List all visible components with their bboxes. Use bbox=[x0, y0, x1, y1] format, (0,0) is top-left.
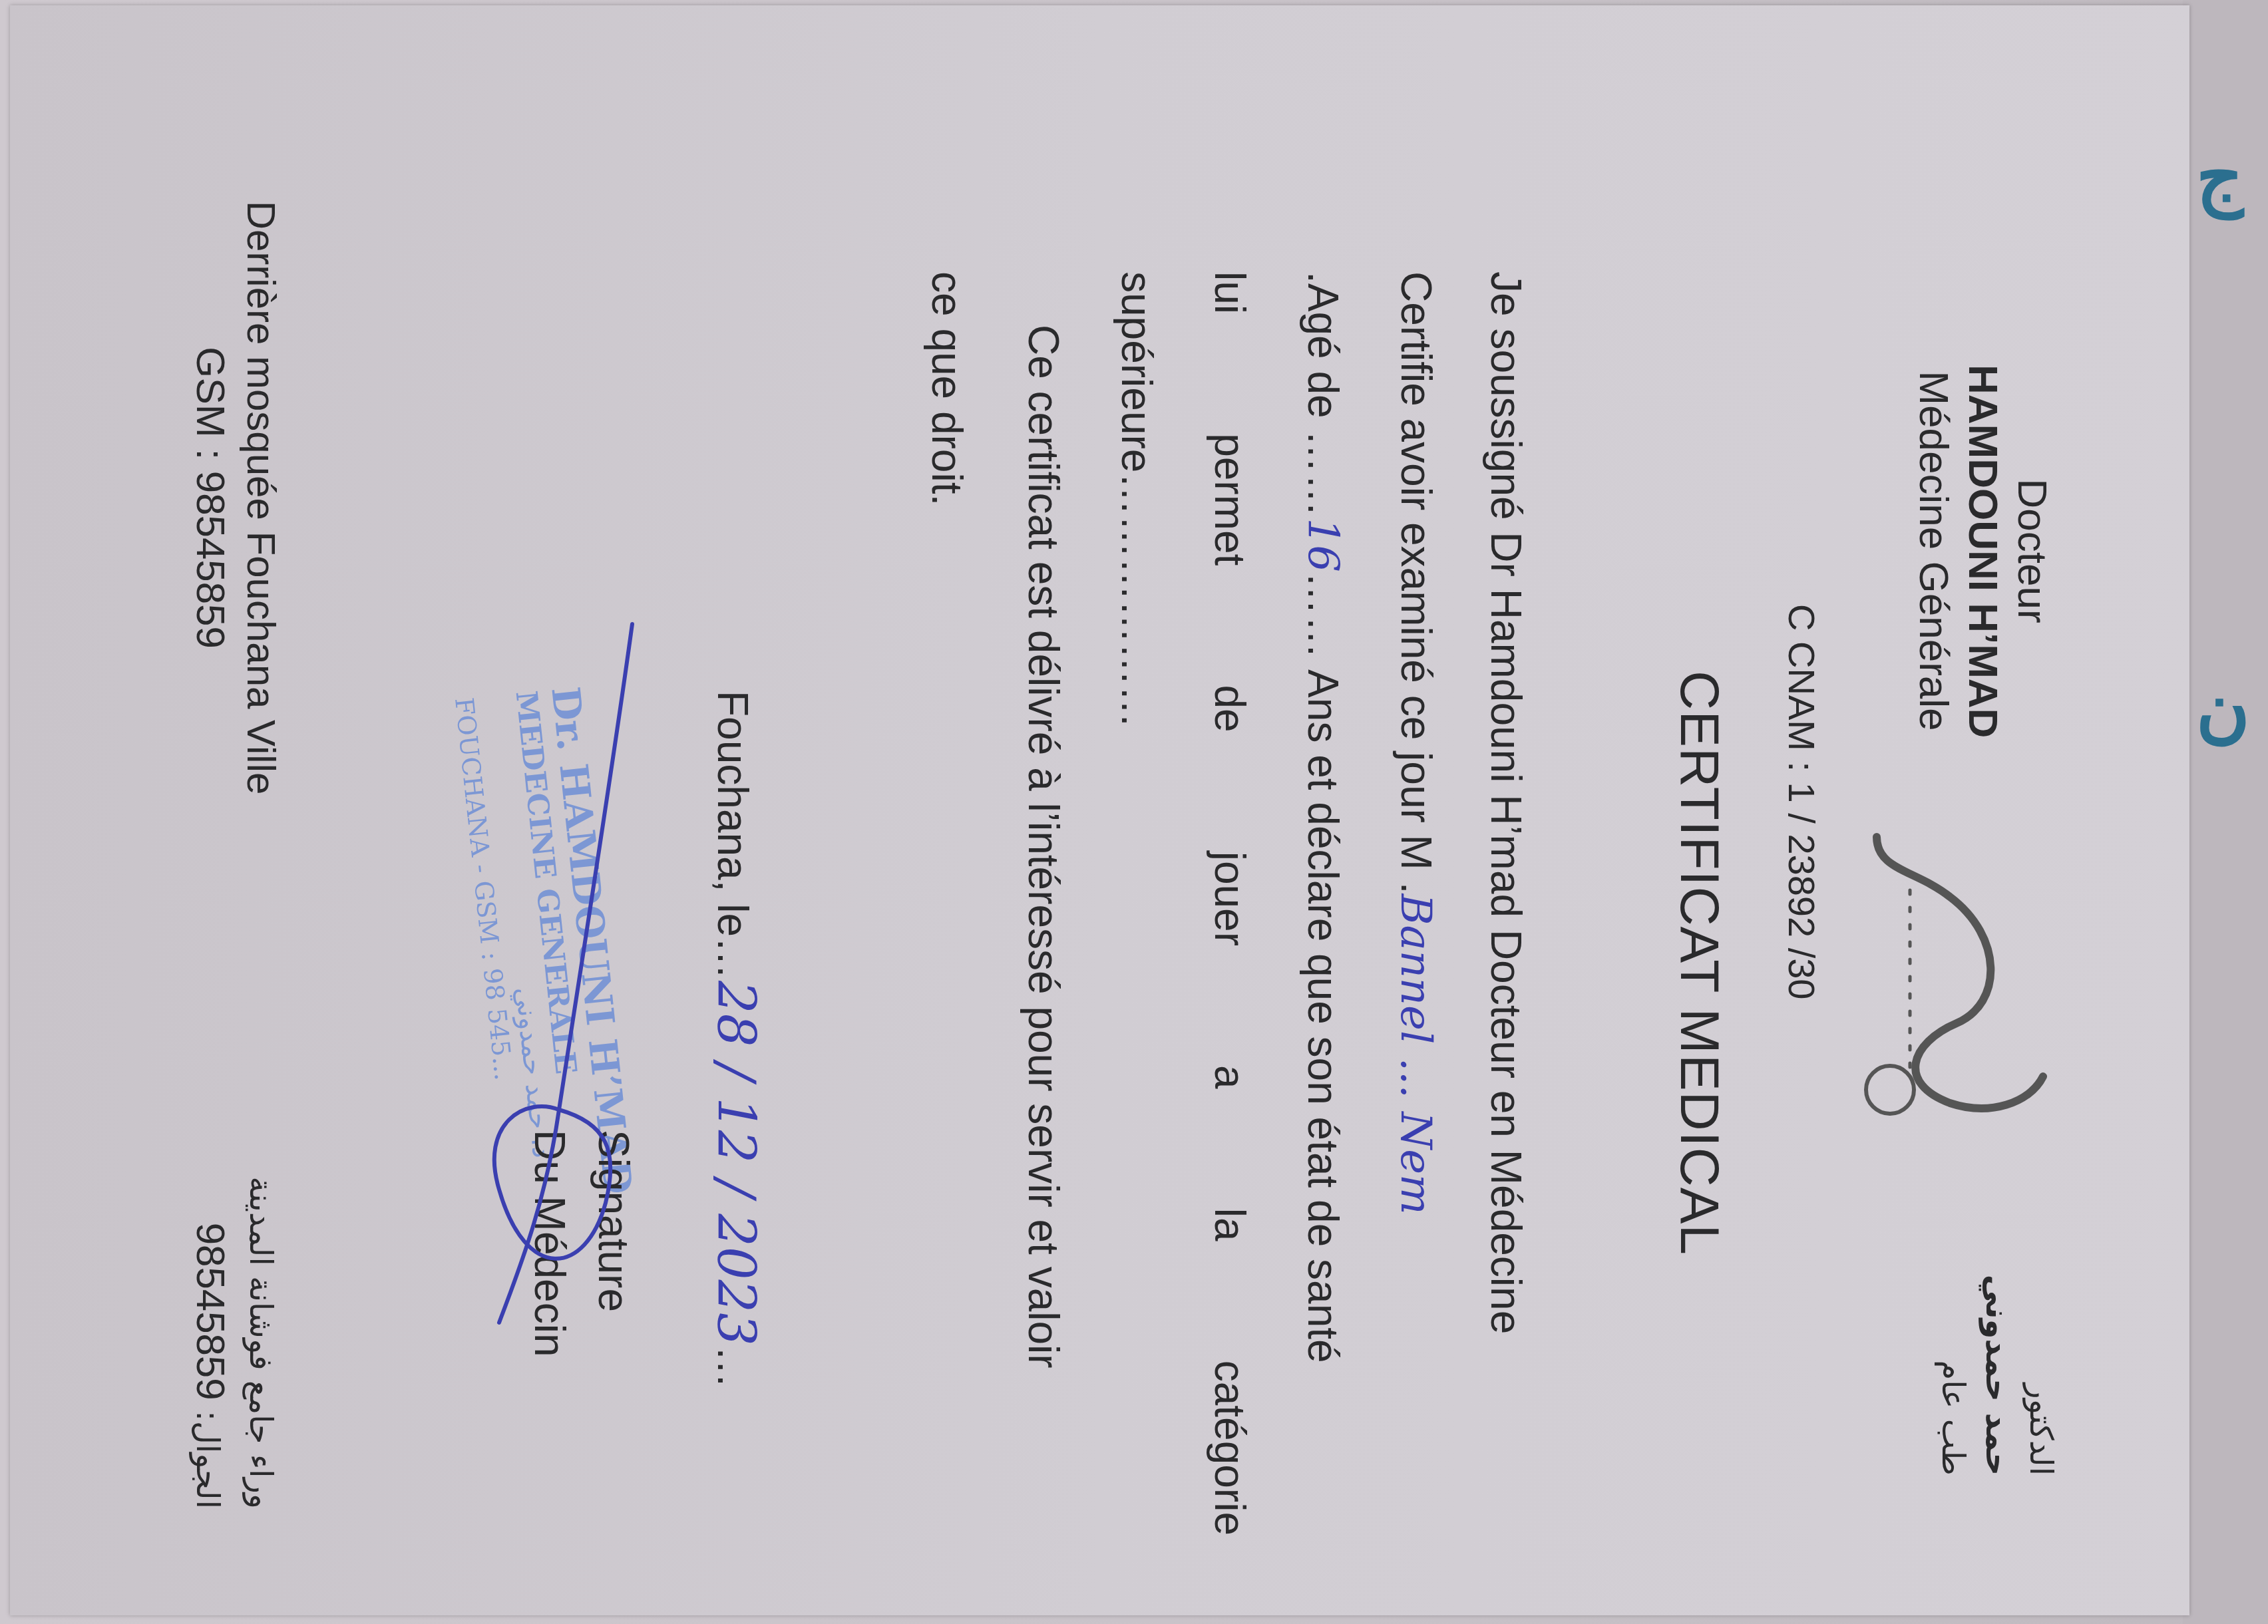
date-handwritten: 28 / 12 / 2023 bbox=[705, 981, 765, 1346]
age-handwritten: 16 bbox=[1298, 518, 1347, 571]
body-line-3: .Agé de ……16…… Ans et déclare que son ét… bbox=[1298, 271, 1348, 1363]
doctor-title-ar: الدكتور bbox=[2019, 1130, 2063, 1476]
doctor-header-ar: الدكتور حمد حمدوني طب عام bbox=[1931, 1130, 2063, 1476]
place-prefix: Fouchana, le bbox=[709, 691, 757, 937]
body-line-4: lui permet de jouer a la catégorie bbox=[1205, 271, 1254, 1536]
footer-fr: Derrière mosquée Fouchana Ville GSM : 98… bbox=[185, 165, 286, 830]
underlying-sheet-mark: ج bbox=[2196, 133, 2243, 219]
age-prefix: .Agé de bbox=[1299, 271, 1347, 430]
footer-phone: GSM : 98545859 bbox=[185, 165, 236, 830]
body-line-5: supérieure……………… bbox=[1112, 271, 1161, 728]
medical-certificate-page: Docteur HAMDOUNI H’MAD Médecine Générale… bbox=[10, 5, 2189, 1615]
doctor-title: Docteur bbox=[2007, 365, 2056, 737]
word: a bbox=[1205, 1065, 1254, 1089]
word: la bbox=[1205, 1208, 1254, 1241]
patient-name-handwritten: Bannel ... Nem bbox=[1391, 893, 1440, 1214]
doctor-name-ar: حمد حمدوني bbox=[1975, 1130, 2019, 1476]
age-dots-left: …… bbox=[1299, 430, 1347, 518]
date-dots: … bbox=[709, 1346, 757, 1390]
footer-ar: وراء جامع فوشانة المدينة الجوال: 9854585… bbox=[182, 1136, 286, 1509]
doctor-header-fr: Docteur HAMDOUNI H’MAD Médecine Générale bbox=[1909, 365, 2056, 737]
certificate-title: CERTIFICAT MEDICAL bbox=[1668, 671, 1730, 1255]
body-line-2: Certifie avoir examiné ce jour M .Bannel… bbox=[1391, 271, 1441, 1215]
caduceus-icon bbox=[1837, 790, 2116, 1163]
word: de bbox=[1205, 685, 1254, 732]
cnam-number: C CNAM : 1 / 23892 /30 bbox=[1780, 604, 1823, 1000]
place-date: Fouchana, le…28 / 12 / 2023… bbox=[705, 691, 765, 1390]
word: catégorie bbox=[1205, 1361, 1254, 1536]
doctor-name: HAMDOUNI H’MAD bbox=[1958, 365, 2007, 737]
word: lui bbox=[1205, 271, 1254, 314]
handwritten-signature bbox=[326, 604, 659, 1336]
footer-phone-number-ar: 98545859 bbox=[188, 1223, 233, 1400]
footer-phone-label-ar: الجوال: bbox=[189, 1410, 226, 1509]
footer-address-ar: وراء جامع فوشانة المدينة bbox=[236, 1136, 286, 1509]
footer-phone-ar: الجوال: 98545859 bbox=[182, 1136, 236, 1509]
age-dots-right: …… bbox=[1299, 572, 1347, 660]
underlying-sheet-mark: ن bbox=[2196, 665, 2250, 751]
footer-address: Derrière mosquée Fouchana Ville bbox=[236, 165, 286, 830]
word: jouer bbox=[1205, 852, 1254, 946]
doctor-specialty: Médecine Générale bbox=[1909, 365, 1958, 737]
body-line-1: Je soussigné Dr Hamdouni H’mad Docteur e… bbox=[1481, 271, 1531, 1334]
date-dots: … bbox=[709, 937, 757, 981]
body-line-6: Ce certificat est délivré à l’intéressé … bbox=[1019, 325, 1068, 1369]
body-line-7: ce que droit. bbox=[922, 271, 972, 506]
doctor-specialty-ar: طب عام bbox=[1931, 1130, 1975, 1476]
examined-text: Certifie avoir examiné ce jour M . bbox=[1392, 271, 1440, 893]
word: permet bbox=[1205, 433, 1254, 566]
underlying-sheet: ج ن bbox=[2183, 0, 2268, 1624]
age-suffix: Ans et déclare que son état de santé bbox=[1299, 660, 1347, 1363]
